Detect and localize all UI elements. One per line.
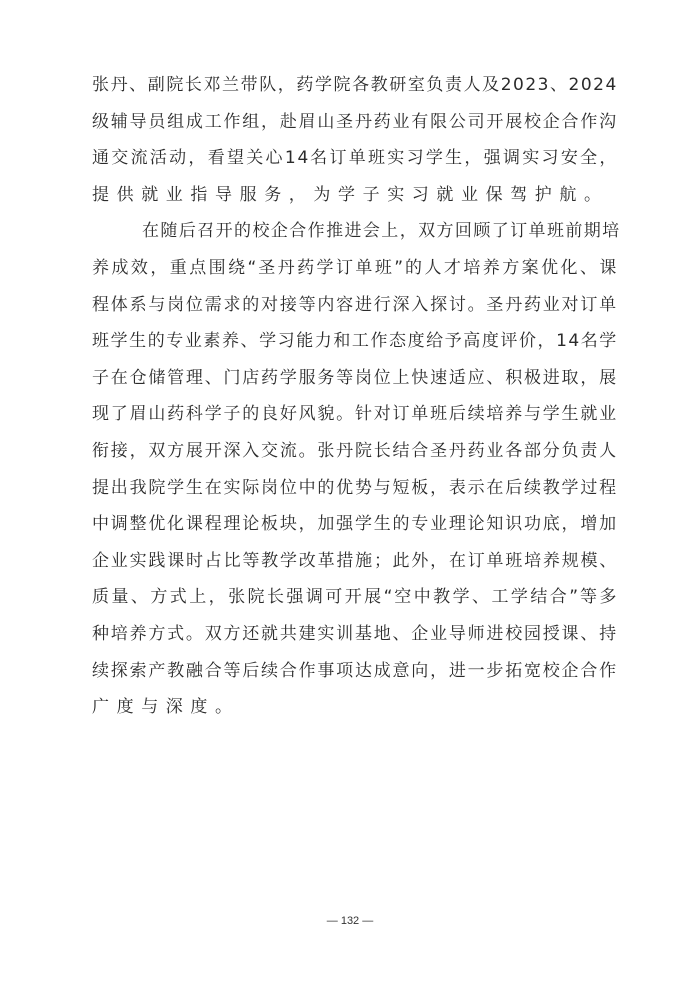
text-line: 张 丹 、 副 院 长 邓 兰 带 队 ， 药 学 院 各 教 研 室 负 责 … <box>92 67 616 104</box>
text-line: 现 了 眉 山 药 科 学 子 的 良 好 风 貌 。 针 对 订 单 班 后 … <box>92 396 616 433</box>
text-line: 衔 接 ， 双 方 展 开 深 入 交 流 。 张 丹 院 长 结 合 圣 丹 … <box>92 433 616 470</box>
text-line: 在 随 后 召 开 的 校 企 合 作 推 进 会 上 ， 双 方 回 顾 了 … <box>92 213 616 250</box>
page-number: — 132 — <box>0 915 700 927</box>
text-line: 质 量 、 方 式 上 ， 张 院 长 强 调 可 开 展 “ 空 中 教 学 … <box>92 579 616 616</box>
text-line: 提 出 我 院 学 生 在 实 际 岗 位 中 的 优 势 与 短 板 ， 表 … <box>92 470 616 507</box>
text-line: 养 成 效 ， 重 点 围 绕 “ 圣 丹 药 学 订 单 班 ” 的 人 才 … <box>92 250 616 287</box>
text-line: 续 探 索 产 教 融 合 等 后 续 合 作 事 项 达 成 意 向 ， 进 … <box>92 653 616 690</box>
text-line: 中 调 整 优 化 课 程 理 论 板 块 ， 加 强 学 生 的 专 业 理 … <box>92 506 616 543</box>
text-line: 提供就业指导服务，为学子实习就业保驾护航。 <box>92 177 616 214</box>
text-line: 广度与深度。 <box>92 689 616 726</box>
text-line: 程 体 系 与 岗 位 需 求 的 对 接 等 内 容 进 行 深 入 探 讨 … <box>92 287 616 324</box>
text-line: 级 辅 导 员 组 成 工 作 组 ， 赴 眉 山 圣 丹 药 业 有 限 公 … <box>92 104 616 141</box>
document-page: 张 丹 、 副 院 长 邓 兰 带 队 ， 药 学 院 各 教 研 室 负 责 … <box>0 0 700 989</box>
text-line: 种 培 养 方 式 。 双 方 还 就 共 建 实 训 基 地 、 企 业 导 … <box>92 616 616 653</box>
text-line: 企 业 实 践 课 时 占 比 等 教 学 改 革 措 施 ； 此 外 ， 在 … <box>92 543 616 580</box>
text-line: 子 在 仓 储 管 理 、 门 店 药 学 服 务 等 岗 位 上 快 速 适 … <box>92 360 616 397</box>
body-text: 张 丹 、 副 院 长 邓 兰 带 队 ， 药 学 院 各 教 研 室 负 责 … <box>92 67 616 726</box>
text-line: 通 交 流 活 动 ， 看 望 关 心 1 4 名 订 单 班 实 习 学 生 … <box>92 140 616 177</box>
text-line: 班 学 生 的 专 业 素 养 、 学 习 能 力 和 工 作 态 度 给 予 … <box>92 323 616 360</box>
